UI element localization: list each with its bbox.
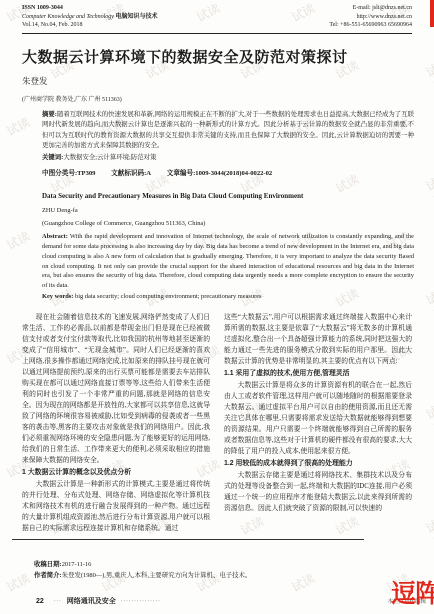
keywords-en: Key words: big data security; cloud comp… [42,292,412,302]
body-paragraph: 大数据云计算是一种新形式的计算模式,主要是通过将传统的并行处理、分布式处理、网络… [22,479,210,534]
received-date: 收稿日期:2017-11-16 [34,559,251,571]
section-heading-1-2: 1.2 用较低的成本就得到了很高的处理能力 [224,458,412,469]
keywords-label-cn: 关键词: [42,154,63,161]
body-paragraph: 现在社会随着信息技术的飞速发展,网络俨然变成了人们日常生活、工作的必需品,以前都… [22,312,210,466]
footer-dots-right: ··············· [121,599,161,604]
volume-info: Vol.14, No.04, Feb. 2018 [22,21,157,30]
body-paragraph: 这些“大数据云”,用户可以根据需求通过终端接入数据中心来计算所需的数据,这主要是… [224,312,412,367]
body-columns: 现在社会随着信息技术的飞速发展,网络俨然变成了人们日常生活、工作的必需品,以前都… [22,312,412,550]
keywords-text-en: big data security; cloud computing envir… [75,293,262,300]
red-edge-strip [430,0,434,27]
author-bio-label: 作者简介: [34,572,62,579]
article-number: 文章编号:1009-3044(2018)04-0022-02 [167,170,273,177]
author-bio-text: 朱登发(1980—),男,重庆人,本科,主要研究方向为计算机、电子技术。 [62,572,252,579]
issn: ISSN 1009-3044 [22,4,157,13]
watermark-text: 试读 [288,569,317,595]
clc-number: 中图分类号:TP309 [42,170,95,177]
journal-name: Computer Knowledge and Technology 电脑知识与技… [22,13,157,22]
affiliation-en: (Guangzhou College of Commerce, Guangzho… [42,219,412,229]
column-title: 网络通讯及安全 [67,596,116,606]
abstract-label-en: Abstract: [42,233,68,240]
journal-website: http://www.dnzs.net.cn [329,13,412,22]
page-number: 22 [36,598,44,605]
body-column-right: 这些“大数据云”,用户可以根据需求通过终端接入数据中心来计算所需的数据,这主要是… [224,312,412,550]
english-block: Data Security and Precautionary Measures… [22,191,412,302]
masthead: ISSN 1009-3044 Computer Knowledge and Te… [22,4,412,30]
keywords-text-cn: 大数据安全;云计算环境;防范对策 [63,154,156,161]
abstract-cn: 摘要:随着互联网技术的快速发展和革新,网络的运用规模正在不断的扩大,对于一些数据… [42,110,414,151]
keywords-label-en: Key words: [42,293,73,300]
abstract-text-cn: 随着互联网技术的快速发展和革新,网络的运用规模正在不断的扩大,对于一些数据的处理… [42,111,414,149]
footnote-divider [12,539,364,540]
masthead-left: ISSN 1009-3044 Computer Knowledge and Te… [22,4,157,30]
abstract-en: Abstract: With the rapid development and… [42,232,414,292]
article-title-en: Data Security and Precautionary Measures… [42,191,412,202]
document-code: 文献标识码:A [111,170,151,177]
page-footer: 22 ··· 网络通讯及安全 ··············· 本栏目责任编辑 [22,596,426,606]
author-bio: 作者简介:朱登发(1980—),男,重庆人,本科,主要研究方向为计算机、电子技术… [34,570,251,582]
body-paragraph: 大数据云存储主要是通过将网络技术、集群技术以及分布式的处理等设备整合到一起,终端… [224,470,412,514]
author-cn: 朱登发 [22,75,412,87]
footnote: 收稿日期:2017-11-16 作者简介:朱登发(1980—),男,重庆人,本科… [34,559,251,582]
watermark-text: 试读 [3,569,32,595]
section-heading-1: 1 大数据云计算的概念以及优点分析 [22,467,210,478]
masthead-divider [22,33,412,34]
abstract-label-cn: 摘要: [42,111,57,118]
received-date-label: 收稿日期: [34,561,62,568]
footer-dots-left: ··· [54,599,62,604]
journal-tel: Tel: +86-551-65690963 65690964 [329,21,412,30]
affiliation-cn: (广州商学院 教务处,广东 广州 511363) [22,94,412,103]
received-date-value: 2017-11-16 [62,561,92,568]
journal-name-cn: 电脑知识与技术 [115,14,157,20]
red-stamp: 逗阵 [391,574,434,610]
body-column-left: 现在社会随着信息技术的飞速发展,网络俨然变成了人们日常生活、工作的必需品,以前都… [22,312,210,550]
journal-name-en: Computer Knowledge and Technology [22,14,114,20]
masthead-right: E-mail: jslt@dnzs.net.cn http://www.dnzs… [329,4,412,30]
abstract-text-en: With the rapid development and innovatio… [42,233,414,290]
classification-line: 中图分类号:TP309 文献标识码:A 文章编号:1009-3044(2018)… [42,167,412,177]
section-heading-1-1: 1.1 采用了虚拟的技术,使用方便,管理灵活 [224,368,412,379]
keywords-cn: 关键词:大数据安全;云计算环境;防范对策 [42,152,412,161]
author-en: ZHU Deng-fa [42,206,412,216]
body-paragraph: 大数据云计算是将众多的计算资源有机的联合在一起,然后由人工或者软件管理,这样用户… [224,380,412,457]
journal-page: 试读试读试读试读试读试读试读试读试读试读试读试读试读试读试读试读试读试读试读试读… [0,0,434,614]
journal-email: E-mail: jslt@dnzs.net.cn [329,4,412,13]
article-title-cn: 大数据云计算环境下的数据安全及防范对策探讨 [22,46,412,67]
